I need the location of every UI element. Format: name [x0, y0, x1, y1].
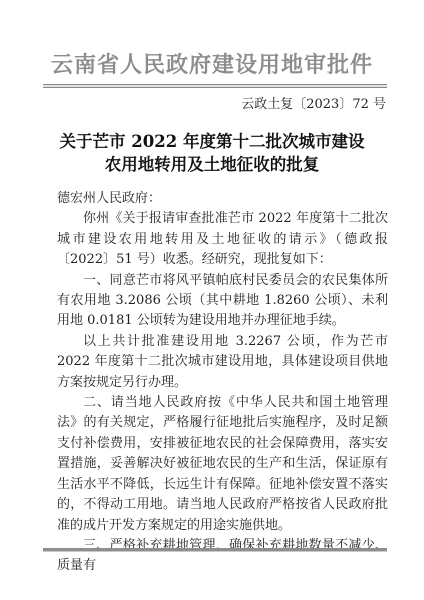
- document-title: 云南省人民政府建设用地审批件: [0, 50, 424, 80]
- footer-divider: [43, 548, 387, 552]
- body-paragraph: 三、严格补充耕地管理，确保补充耕地数量不减少、质量有: [57, 536, 388, 577]
- body-paragraph: 二、请当地人民政府按《中华人民共和国土地管理法》的有关规定，严格履行征地批后实施…: [57, 393, 388, 536]
- document-page: 云南省人民政府建设用地审批件 云政土复〔2023〕72 号 关于芒市 2022 …: [0, 0, 424, 600]
- document-body: 德宏州人民政府： 你州《关于报请审查批准芒市 2022 年度第十二批次城市建设农…: [57, 189, 388, 577]
- document-number: 云政土复〔2023〕72 号: [0, 96, 424, 114]
- body-paragraph: 一、同意芒市将风平镇帕底村民委员会的农民集体所有农用地 3.2086 公顷（其中…: [57, 271, 388, 332]
- header-divider: [43, 84, 387, 88]
- subject-heading-line1: 关于芒市 2022 年度第十二批次城市建设: [0, 130, 424, 153]
- salutation: 德宏州人民政府：: [57, 189, 388, 209]
- body-paragraph: 你州《关于报请审查批准芒市 2022 年度第十二批次城市建设农用地转用及土地征收…: [57, 209, 388, 270]
- subject-heading-line2: 农用地转用及土地征收的批复: [0, 153, 424, 176]
- subject-heading: 关于芒市 2022 年度第十二批次城市建设 农用地转用及土地征收的批复: [0, 130, 424, 176]
- body-paragraph: 以上共计批准建设用地 3.2267 公顷，作为芒市 2022 年度第十二批次城市…: [57, 332, 388, 393]
